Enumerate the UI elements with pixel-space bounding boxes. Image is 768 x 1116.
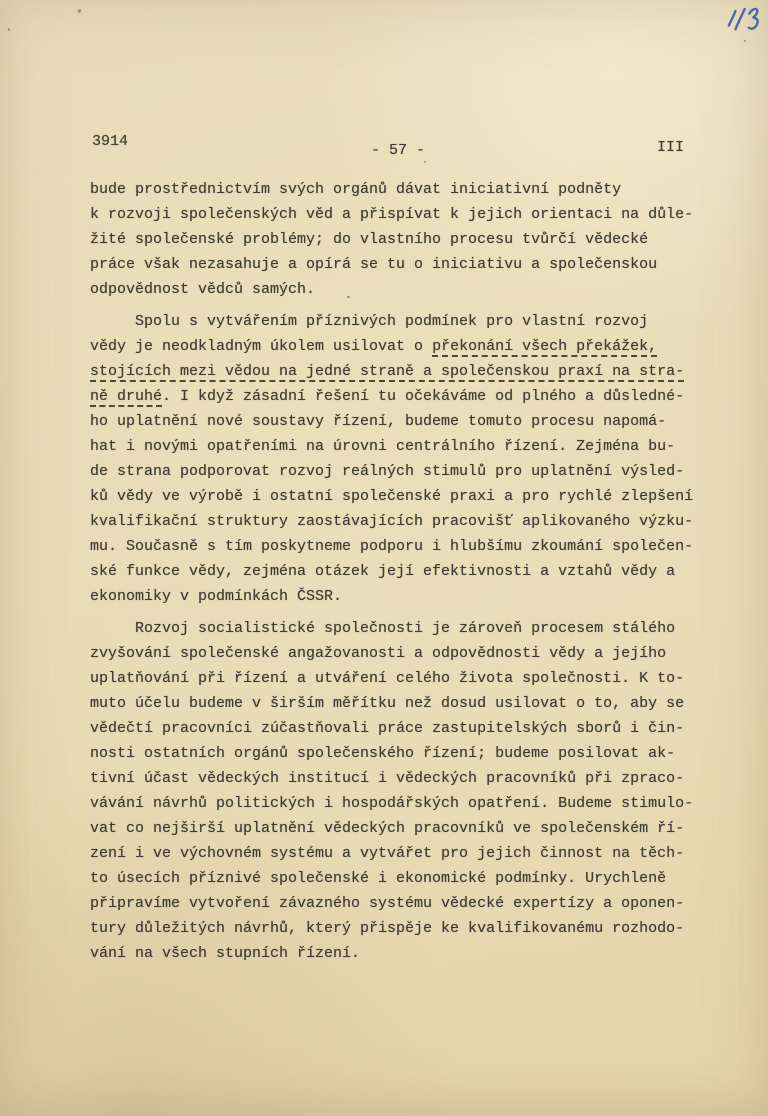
text-segment: . I když zásadní řešení tu očekáváme od … [162, 388, 684, 405]
text-line: kvalifikační struktury zaostávajících pr… [90, 509, 730, 534]
text-line: ho uplatnění nové soustavy řízení, budem… [90, 409, 730, 434]
text-segment: mu. Současně s tím poskytneme podporu i … [90, 538, 693, 555]
text-segment: odpovědnost vědců samých. [90, 281, 315, 298]
text-segment: vat co nejširší uplatnění vědeckých prac… [90, 820, 684, 837]
text-segment: ho uplatnění nové soustavy řízení, budem… [90, 413, 666, 430]
text-line: bude prostřednictvím svých orgánů dávat … [90, 177, 730, 202]
text-line: de strana podporovat rozvoj reálných sti… [90, 459, 730, 484]
text-line: ské funkce vědy, zejména otázek její efe… [90, 559, 730, 584]
text-segment: ské funkce vědy, zejména otázek její efe… [90, 563, 675, 580]
text-segment: připravíme vytvoření závazného systému v… [90, 895, 684, 912]
text-segment: k rozvoji společenských věd a přispívat … [90, 206, 693, 223]
paragraph: Spolu s vytvářením příznivých podmínek p… [90, 309, 730, 609]
text-line: Spolu s vytvářením příznivých podmínek p… [90, 309, 730, 334]
text-line: k rozvoji společenských věd a přispívat … [90, 202, 730, 227]
text-line: vědy je neodkladným úkolem usilovat o př… [90, 334, 730, 359]
text-line: Rozvoj socialistické společnosti je záro… [90, 616, 730, 641]
text-line: žité společenské problémy; do vlastního … [90, 227, 730, 252]
scanned-page: 3914 - 57 - III bude prostřednictvím svý… [0, 0, 768, 1116]
text-line: odpovědnost vědců samých. [90, 277, 730, 302]
text-line: vání na všech stupních řízení. [90, 941, 730, 966]
text-segment: ekonomiky v podmínkách ČSSR. [90, 588, 342, 605]
text-segment: tury důležitých návrhů, který přispěje k… [90, 920, 684, 937]
text-segment: zení i ve výchovném systému a vytvářet p… [90, 845, 684, 862]
text-line: uplatňování při řízení a utváření celého… [90, 666, 730, 691]
text-segment: bude prostřednictvím svých orgánů dávat … [90, 181, 621, 198]
text-segment: Spolu s vytvářením příznivých podmínek p… [90, 313, 648, 330]
paragraph: Rozvoj socialistické společnosti je záro… [90, 616, 730, 966]
text-line: nosti ostatních orgánů společenského říz… [90, 741, 730, 766]
section-number: III [657, 135, 684, 160]
text-line: tury důležitých návrhů, který přispěje k… [90, 916, 730, 941]
text-segment: kvalifikační struktury zaostávajících pr… [90, 513, 693, 530]
text-line: zení i ve výchovném systému a vytvářet p… [90, 841, 730, 866]
underlined-text: stojících mezi vědou na jedné straně a s… [90, 363, 684, 382]
text-line: mu. Současně s tím poskytneme podporu i … [90, 534, 730, 559]
text-segment: vávání návrhů politických i hospodářskýc… [90, 795, 693, 812]
text-segment: zvyšování společenské angažovanosti a od… [90, 645, 666, 662]
text-line: vědečtí pracovníci zúčastňovali práce za… [90, 716, 730, 741]
text-segment: vědy je neodkladným úkolem usilovat o [90, 338, 432, 355]
text-segment: hat i novými opatřeními na úrovni centrá… [90, 438, 675, 455]
text-line: stojících mezi vědou na jedné straně a s… [90, 359, 730, 384]
underlined-text: ně druhé [90, 388, 162, 407]
text-line: ekonomiky v podmínkách ČSSR. [90, 584, 730, 609]
text-segment: uplatňování při řízení a utváření celého… [90, 670, 684, 687]
text-line: připravíme vytvoření závazného systému v… [90, 891, 730, 916]
text-segment: vědečtí pracovníci zúčastňovali práce za… [90, 720, 684, 737]
underlined-text: překonání všech překážek, [432, 338, 657, 357]
document-body: bude prostřednictvím svých orgánů dávat … [90, 177, 730, 966]
paragraph: bude prostřednictvím svých orgánů dávat … [90, 177, 730, 302]
handwriting-115-icon [720, 1, 766, 49]
text-line: vávání návrhů politických i hospodářskýc… [90, 791, 730, 816]
text-segment: tivní účast vědeckých institucí i vědeck… [90, 770, 684, 787]
text-segment: práce však nezasahuje a opírá se tu o in… [90, 256, 657, 273]
text-segment: ků vědy ve výrobě i ostatní společenské … [90, 488, 693, 505]
document-number: 3914 [92, 129, 128, 154]
text-line: vat co nejširší uplatnění vědeckých prac… [90, 816, 730, 841]
text-segment: to úsecích příznivé společenské i ekonom… [90, 870, 666, 887]
text-line: práce však nezasahuje a opírá se tu o in… [90, 252, 730, 277]
text-line: ně druhé. I když zásadní řešení tu očeká… [90, 384, 730, 409]
handwritten-page-mark [720, 1, 766, 49]
text-line: ků vědy ve výrobě i ostatní společenské … [90, 484, 730, 509]
text-segment: nosti ostatních orgánů společenského říz… [90, 745, 675, 762]
text-segment: muto účelu budeme v širším měřítku než d… [90, 695, 684, 712]
text-line: hat i novými opatřeními na úrovni centrá… [90, 434, 730, 459]
text-segment: Rozvoj socialistické společnosti je záro… [90, 620, 675, 637]
page-number: - 57 - [371, 138, 425, 163]
text-segment: de strana podporovat rozvoj reálných sti… [90, 463, 684, 480]
text-segment: žité společenské problémy; do vlastního … [90, 231, 648, 248]
text-line: muto účelu budeme v širším měřítku než d… [90, 691, 730, 716]
text-segment: vání na všech stupních řízení. [90, 945, 360, 962]
text-line: tivní účast vědeckých institucí i vědeck… [90, 766, 730, 791]
text-line: zvyšování společenské angažovanosti a od… [90, 641, 730, 666]
text-line: to úsecích příznivé společenské i ekonom… [90, 866, 730, 891]
